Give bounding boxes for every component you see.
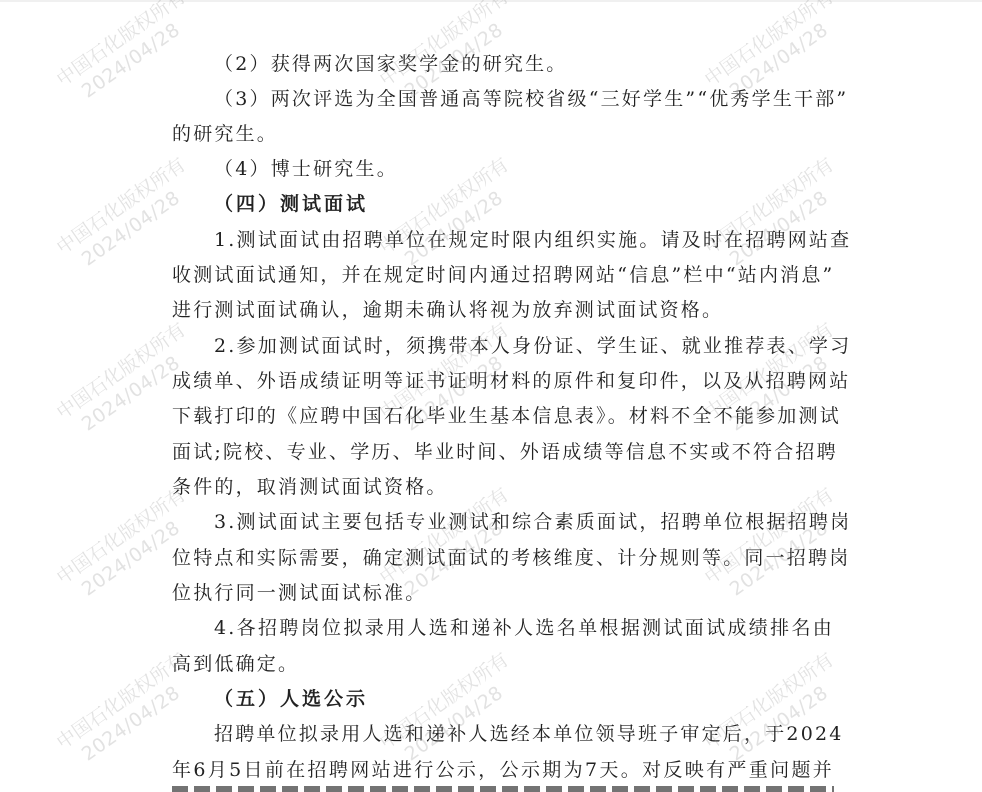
list-item-2: （2）获得两次国家奖学金的研究生。	[214, 52, 834, 76]
list-item-3-cont: 的研究生。	[172, 122, 834, 146]
section-heading-interview: （四）测试面试	[214, 192, 834, 216]
paragraph-3: 3.测试面试主要包括专业测试和综合素质面试，招聘单位根据招聘岗	[214, 510, 834, 534]
paragraph-1-line-3: 进行测试面试确认，逾期未确认将视为放弃测试面试资格。	[172, 298, 834, 322]
watermark-text: 中国石化版权所有	[53, 0, 190, 91]
paragraph-5: 招聘单位拟录用人选和递补人选经本单位领导班子审定后，于2024	[214, 722, 834, 746]
watermark: 中国石化版权所有2024/04/28	[52, 0, 204, 111]
top-border	[0, 0, 982, 2]
watermark-text: 中国石化版权所有	[376, 484, 513, 589]
paragraph-2-line-2: 成绩单、外语成绩证明等证书证明材料的原件和复印件，以及从招聘网站	[172, 369, 834, 393]
section-heading-publicity: （五）人选公示	[214, 687, 834, 711]
clipped-next-line	[172, 786, 834, 792]
watermark: 中国石化版权所有2024/04/28	[52, 153, 204, 280]
watermark-text: 中国石化版权所有	[53, 154, 190, 259]
watermark-text: 中国石化版权所有	[701, 0, 838, 91]
paragraph-2: 2.参加测试面试时，须携带本人身份证、学生证、就业推荐表、学习	[214, 334, 834, 358]
watermark-text: 中国石化版权所有	[53, 484, 190, 589]
paragraph-2-line-3: 下载打印的《应聘中国石化毕业生基本信息表》。材料不全不能参加测试	[172, 404, 834, 428]
paragraph-5-line-2: 年6月5日前在招聘网站进行公示，公示期为7天。对反映有严重问题并	[172, 758, 834, 782]
paragraph-4: 4.各招聘岗位拟录用人选和递补人选名单根据测试面试成绩排名由	[214, 616, 834, 640]
watermark-date: 2024/04/28	[66, 4, 204, 111]
paragraph-3-line-3: 位执行同一测试面试标准。	[172, 581, 834, 605]
watermark-text: 中国石化版权所有	[376, 0, 513, 91]
paragraph-2-line-4: 面试;院校、专业、学历、毕业时间、外语成绩等信息不实或不符合招聘	[172, 440, 834, 464]
paragraph-1-line-2: 收测试面试通知，并在规定时间内通过招聘网站“信息”栏中“站内消息”	[172, 263, 834, 287]
watermark-text: 中国石化版权所有	[701, 484, 838, 589]
watermark-text: 中国石化版权所有	[53, 319, 190, 424]
paragraph-3-line-2: 位特点和实际需要，确定测试面试的考核维度、计分规则等。同一招聘岗	[172, 546, 834, 570]
watermark-text: 中国石化版权所有	[53, 649, 190, 754]
paragraph-4-line-2: 高到低确定。	[172, 652, 834, 676]
paragraph-2-line-5: 条件的，取消测试面试资格。	[172, 475, 834, 499]
list-item-3: （3）两次评选为全国普通高等院校省级“三好学生”“优秀学生干部”	[214, 87, 834, 111]
list-item-4: （4）博士研究生。	[214, 157, 834, 181]
paragraph-1: 1.测试面试由招聘单位在规定时限内组织实施。请及时在招聘网站查	[214, 228, 834, 252]
